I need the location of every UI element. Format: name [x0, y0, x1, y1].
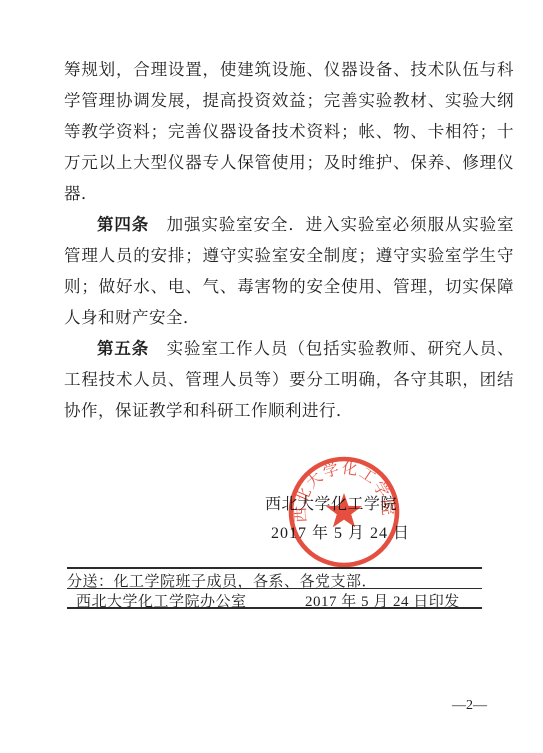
- text-line: 人身和财产安全．: [64, 302, 514, 333]
- text-line: 万元以上大型仪器专人保管使用；及时维护、保养、修理仪: [64, 147, 514, 178]
- clause-heading: 第四条: [97, 215, 149, 234]
- page-number: —2—: [452, 698, 487, 714]
- body-text: 筹规划，合理设置，使建筑设施、仪器设备、技术队伍与科学管理协调发展，提高投资效益…: [64, 54, 514, 426]
- footer-rule-bottom: [67, 607, 482, 609]
- footer-rule-top: [67, 567, 482, 569]
- official-seal-stamp: 西北大学化工学院: [284, 452, 404, 572]
- text-line: 器．: [64, 178, 514, 209]
- text-line: 则；做好水、电、气、毒害物的安全使用、管理，切实保障: [64, 271, 514, 302]
- footer-rule-middle: [67, 588, 482, 589]
- document-page: 筹规划，合理设置，使建筑设施、仪器设备、技术队伍与科学管理协调发展，提高投资效益…: [0, 0, 543, 753]
- text-line: 第五条 实验室工作人员（包括实验教师、研究人员、: [64, 333, 514, 364]
- text-line: 第四条 加强实验室安全．进入实验室必须服从实验室: [64, 209, 514, 240]
- text-line: 管理人员的安排；遵守实验室安全制度；遵守实验室学生守: [64, 240, 514, 271]
- seal-star-icon: [326, 493, 362, 527]
- text-line: 等教学资料；完善仪器设备技术资料；帐、物、卡相符；十: [64, 116, 514, 147]
- clause-heading: 第五条: [97, 339, 149, 358]
- text-line: 工程技术人员、管理人员等）要分工明确，各守其职，团结: [64, 364, 514, 395]
- text-line: 学管理协调发展，提高投资效益；完善实验教材、实验大纲: [64, 85, 514, 116]
- text-line: 筹规划，合理设置，使建筑设施、仪器设备、技术队伍与科: [64, 54, 514, 85]
- text-line: 协作，保证教学和科研工作顺利进行．: [64, 395, 514, 426]
